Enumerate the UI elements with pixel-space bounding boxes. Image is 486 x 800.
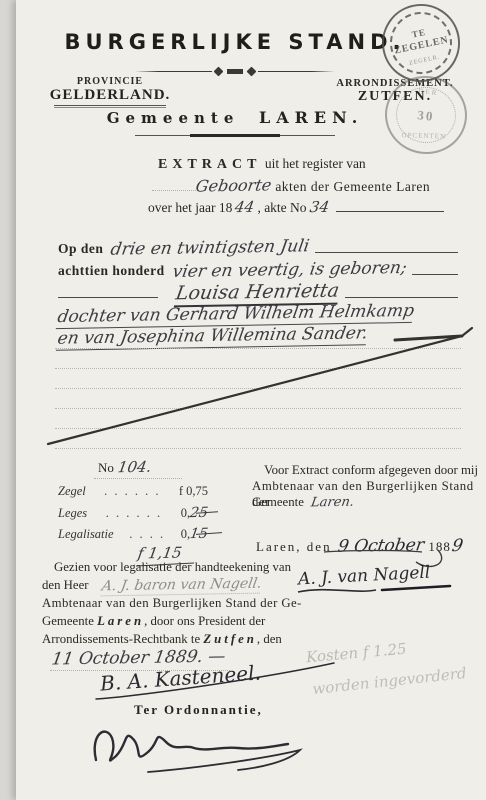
op-den-label: Op den	[58, 241, 103, 257]
dateline-date-handwritten: 9 October	[336, 535, 425, 556]
ruled-line	[55, 448, 461, 449]
ruled-line	[55, 348, 461, 349]
fee-no-underline	[94, 478, 182, 479]
dateline-place-label: Laren, den	[256, 539, 332, 555]
birthyear-handwritten: vier en veertig, is geboren;	[171, 258, 408, 282]
blank-fill-line	[336, 199, 444, 212]
province-name: GELDERLAND.	[40, 87, 180, 104]
dotted-lead-line	[152, 176, 196, 191]
year-handwritten: 44	[234, 198, 256, 216]
ruled-line	[55, 368, 461, 369]
register-type-handwritten: Geboorte	[194, 175, 273, 195]
legalisation-line-5: Arrondissements-Rechtbank te Zutfen, den	[42, 630, 282, 648]
dot-leaders: . . . .	[114, 527, 181, 542]
province-block: PROVINCIE GELDERLAND.	[40, 76, 180, 108]
dot-leaders: . . . . . .	[86, 484, 179, 499]
akte-number-handwritten: 34	[308, 198, 330, 216]
legalisation-line-1: Gezien voor legalisatie der handteekenin…	[54, 558, 291, 576]
dateline: Laren, den 9 October 188 9	[256, 536, 468, 555]
certification-gemeente-name: Laren.	[310, 495, 355, 512]
blank-fill-line	[412, 261, 458, 275]
blank-fill-line	[345, 284, 458, 298]
extract-year-line: over het jaar 18 44 , akte No 34	[148, 198, 444, 216]
dash-lead-line	[58, 284, 158, 298]
gemeente-name: LAREN.	[259, 108, 363, 127]
birthdate-handwritten: drie en twintigsten Juli	[110, 236, 312, 259]
fee-number-line: No104.	[98, 458, 151, 476]
extract-type-line: Geboorte akten der Gemeente Laren	[152, 176, 444, 195]
ornamental-divider	[135, 66, 335, 76]
fee-no-label: No	[98, 460, 114, 475]
rechtbank-place: Zutfen	[203, 632, 257, 646]
round-stamp-arc-bottom: OPCENTEN	[385, 131, 463, 142]
blank-fill-line	[315, 239, 458, 253]
ruled-line	[55, 408, 461, 409]
certification-line-1: Voor Extract conform afgegeven door mij	[264, 462, 478, 478]
extract-word: EXTRACT	[158, 157, 261, 172]
dateline-year-digit-handwritten: 9	[450, 536, 464, 556]
den-heer-label: den Heer	[42, 578, 89, 592]
legalisation-line-3: Ambtenaar van den Burgerlijken Stand der…	[42, 594, 302, 612]
year-prefix: over het jaar 18	[148, 200, 232, 216]
province-label: PROVINCIE	[40, 76, 180, 87]
record-mother-row: en van Josephina Willemina Sander.	[58, 326, 458, 346]
record-year-row: achttien honderd vier en veertig, is geb…	[58, 260, 458, 279]
legalisation-gemeente-name: Laren	[97, 614, 144, 628]
gemeente-label: Gemeente	[107, 109, 240, 127]
certification-gemeente-label: Gemeente	[252, 495, 304, 509]
akten-text: akten der Gemeente Laren	[275, 179, 430, 195]
fee-label: Leges	[58, 506, 87, 521]
legalisation-line-4-rest: , door ons President der	[144, 614, 265, 628]
rechtbank-label: Arrondissements-Rechtbank te	[42, 632, 200, 646]
ruled-line	[55, 428, 461, 429]
fee-value: f 0,75	[179, 484, 208, 499]
fee-row-zegel: Zegel . . . . . . f 0,75	[58, 484, 208, 499]
record-date-row: Op den drie en twintigsten Juli	[58, 238, 458, 257]
ruled-line	[55, 388, 461, 389]
fee-label: Zegel	[58, 484, 86, 499]
fee-row-leges: Leges . . . . . . 0, 25	[58, 505, 208, 521]
certification-line-3: Gemeente Laren.	[252, 494, 354, 511]
legalisation-gemeente-label: Gemeente	[42, 614, 94, 628]
legalisation-line-4: Gemeente Laren, door ons President der	[42, 612, 265, 630]
extract-intro-rest: uit het register van	[265, 156, 366, 171]
akte-label: , akte No	[257, 200, 306, 216]
fee-label: Legalisatie	[58, 527, 114, 542]
ter-ordonnantie-label: Ter Ordonnantie,	[134, 702, 263, 718]
achttien-honderd-label: achttien honderd	[58, 263, 165, 279]
dateline-year-printed: 188	[428, 539, 451, 555]
record-father-row: dochter van Gerhard Wilhelm Helmkamp	[58, 304, 458, 324]
gemeente-underline	[135, 134, 335, 137]
fee-no-handwritten: 104.	[116, 458, 152, 477]
fee-row-legalisatie: Legalisatie . . . . 0, 15	[58, 526, 208, 542]
legalisation-line-5-rest: , den	[257, 632, 282, 646]
dot-leaders: . . . . . .	[87, 506, 181, 521]
legalisation-line-2: den Heer A. J. baron van Nagell.	[42, 576, 261, 595]
scanned-document: BURGERLIJKE STAND. PROVINCIE GELDERLAND.…	[0, 0, 486, 800]
extract-intro-line: EXTRACT uit het register van	[158, 156, 366, 173]
